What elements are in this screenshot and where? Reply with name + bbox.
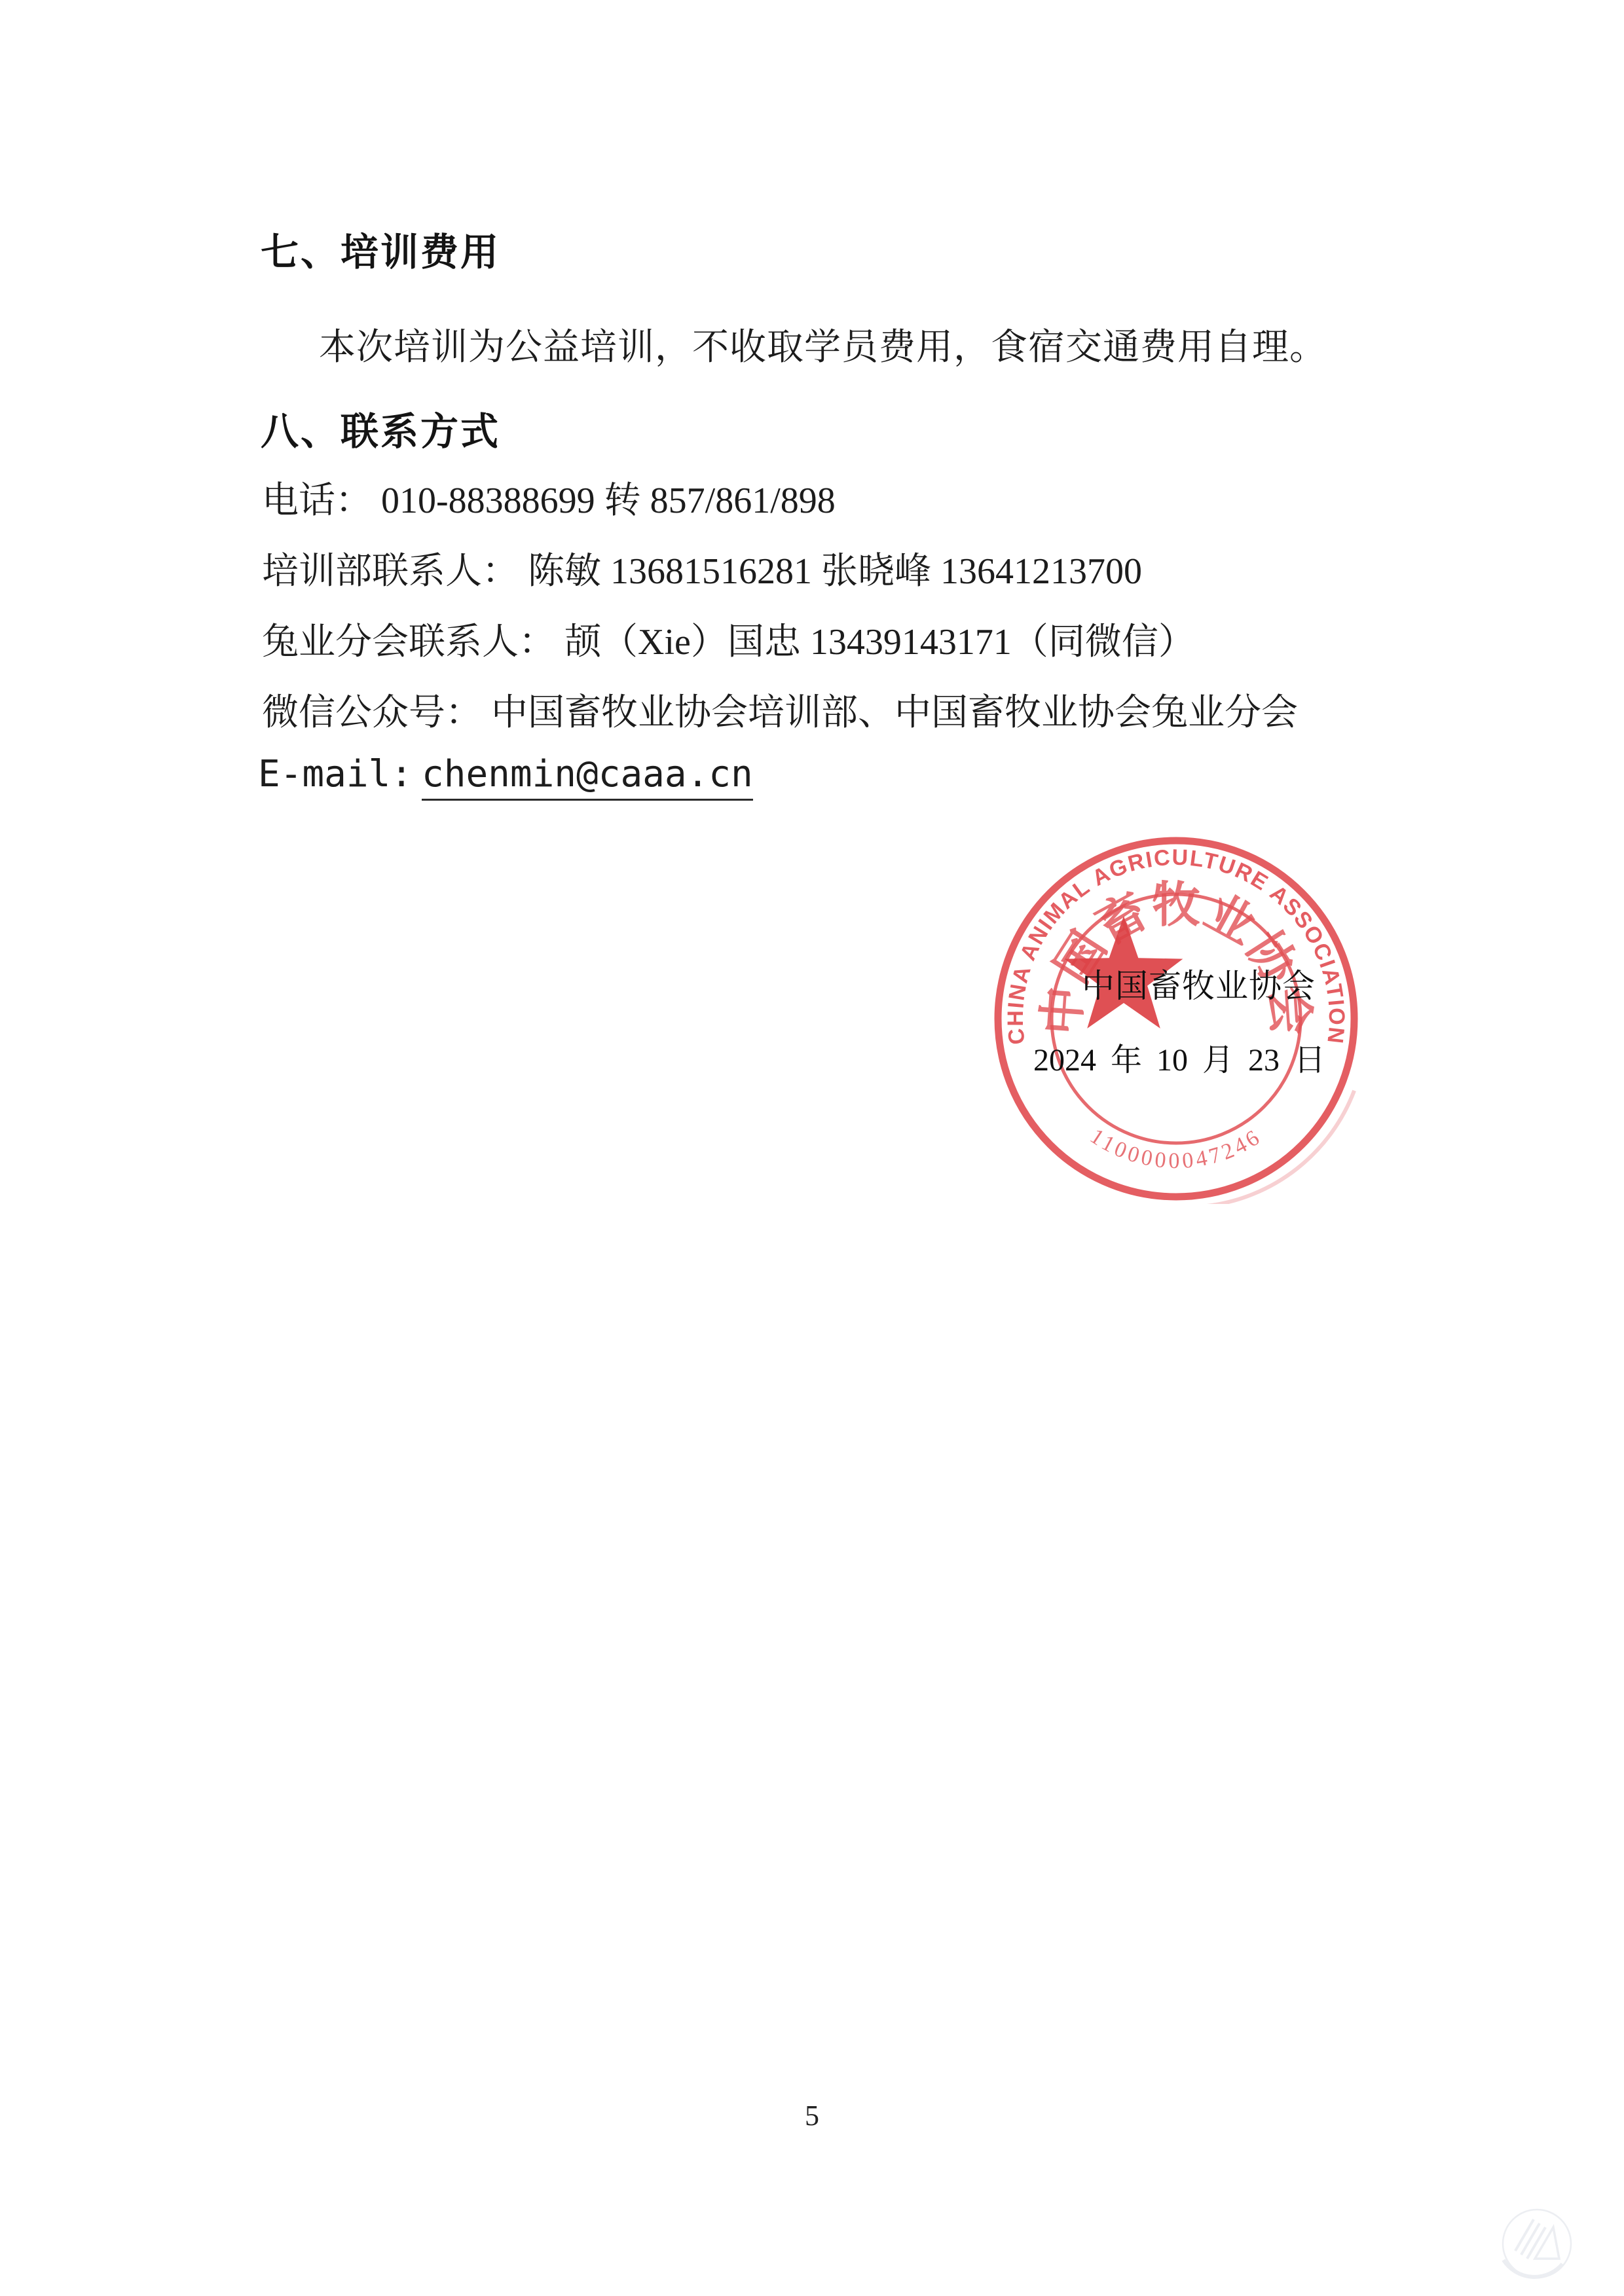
- contact-row-phone: 电话：010-88388699 转 857/861/898: [262, 471, 836, 524]
- training-dept-value: 陈敏 13681516281 张晓峰 13641213700: [528, 551, 1142, 592]
- phone-value: 010-88388699 转 857/861/898: [381, 481, 836, 521]
- section7-heading: 七、培训费用: [261, 221, 500, 276]
- wechat-value: 中国畜牧业协会培训部、中国畜牧业协会兔业分会: [491, 693, 1298, 733]
- section8-heading: 八、联系方式: [261, 401, 500, 456]
- contact-row-training-dept: 培训部联系人：陈敏 13681516281 张晓峰 13641213700: [262, 542, 1142, 594]
- signature-date: 2024 年 10 月 23 日: [1033, 1034, 1325, 1080]
- contact-row-email: E-mail:chenmin@caaa.cn: [258, 753, 753, 795]
- rabbit-branch-label: 兔业分会联系人：: [262, 622, 555, 663]
- signature-organization: 中国畜牧业协会: [1082, 960, 1316, 1007]
- official-seal: CHINA ANIMAL AGRICULTURE ASSOCIATION 中国畜…: [991, 833, 1361, 1204]
- section7-paragraph: 本次培训为公益培训，不收取学员费用，食宿交通费用自理。: [319, 318, 1327, 371]
- page-number: 5: [0, 2099, 1624, 2132]
- email-link[interactable]: chenmin@caaa.cn: [422, 753, 753, 801]
- seal-serial: 1100000047246: [1086, 1124, 1266, 1173]
- phone-label: 电话：: [262, 481, 372, 521]
- watermark-logo-icon: [1494, 2208, 1586, 2296]
- email-label: E-mail:: [258, 753, 413, 795]
- wechat-label: 微信公众号：: [262, 693, 482, 733]
- rabbit-branch-value: 颉（Xie）国忠 13439143171（同微信）: [564, 622, 1195, 663]
- contact-row-wechat: 微信公众号：中国畜牧业协会培训部、中国畜牧业协会兔业分会: [262, 683, 1298, 736]
- training-dept-label: 培训部联系人：: [262, 551, 519, 592]
- contact-row-rabbit-branch: 兔业分会联系人：颉（Xie）国忠 13439143171（同微信）: [262, 613, 1195, 665]
